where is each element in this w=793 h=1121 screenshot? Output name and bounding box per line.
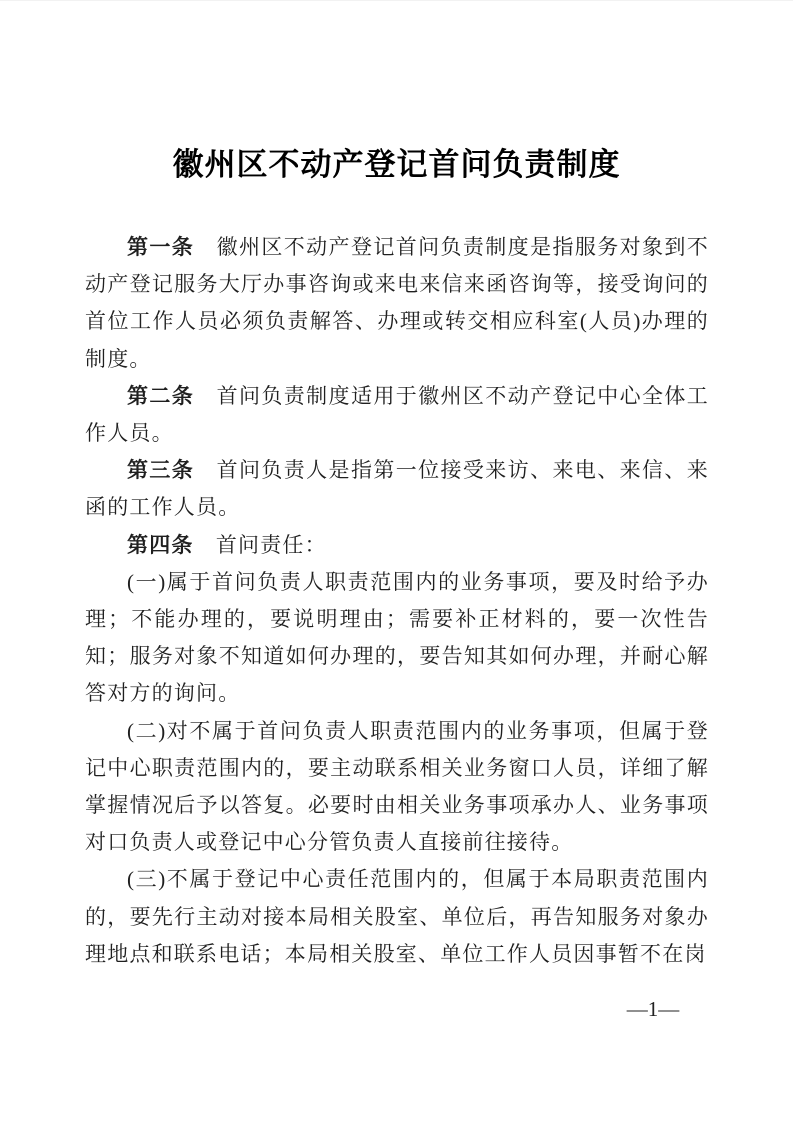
article-number: 第二条 (127, 384, 217, 408)
paragraph-text: (一)属于首问负责人职责范围内的业务事项，要及时给予办理；不能办理的，要说明理由… (85, 570, 709, 706)
paragraph-subitem-1: (一)属于首问负责人职责范围内的业务事项，要及时给予办理；不能办理的，要说明理由… (85, 564, 709, 713)
paragraph-text: (二)对不属于首问负责人职责范围内的业务事项，但属于登记中心职责范围内的，要主动… (85, 719, 709, 855)
document-body: 第一条徽州区不动产登记首问负责制度是指服务对象到不动产登记服务大厅办事咨询或来电… (85, 229, 709, 973)
document-title: 徽州区不动产登记首问负责制度 (0, 139, 793, 184)
page-number: —1— (617, 997, 689, 1022)
paragraph-article-2: 第二条首问负责制度适用于徽州区不动产登记中心全体工作人员。 (85, 378, 709, 452)
paragraph-article-4: 第四条首问责任： (85, 527, 709, 564)
paragraph-text: 首问责任： (216, 533, 327, 557)
paragraph-article-1: 第一条徽州区不动产登记首问负责制度是指服务对象到不动产登记服务大厅办事咨询或来电… (85, 229, 709, 378)
article-number: 第三条 (127, 458, 217, 482)
document-page: 徽州区不动产登记首问负责制度 第一条徽州区不动产登记首问负责制度是指服务对象到不… (0, 0, 793, 1121)
paragraph-article-3: 第三条首问负责人是指第一位接受来访、来电、来信、来函的工作人员。 (85, 452, 709, 526)
paragraph-subitem-3: (三)不属于登记中心责任范围内的，但属于本局职责范围内的，要先行主动对接本局相关… (85, 861, 709, 973)
article-number: 第四条 (127, 533, 216, 557)
paragraph-text: (三)不属于登记中心责任范围内的，但属于本局职责范围内的，要先行主动对接本局相关… (85, 867, 709, 965)
article-number: 第一条 (127, 235, 217, 259)
paragraph-subitem-2: (二)对不属于首问负责人职责范围内的业务事项，但属于登记中心职责范围内的，要主动… (85, 713, 709, 862)
